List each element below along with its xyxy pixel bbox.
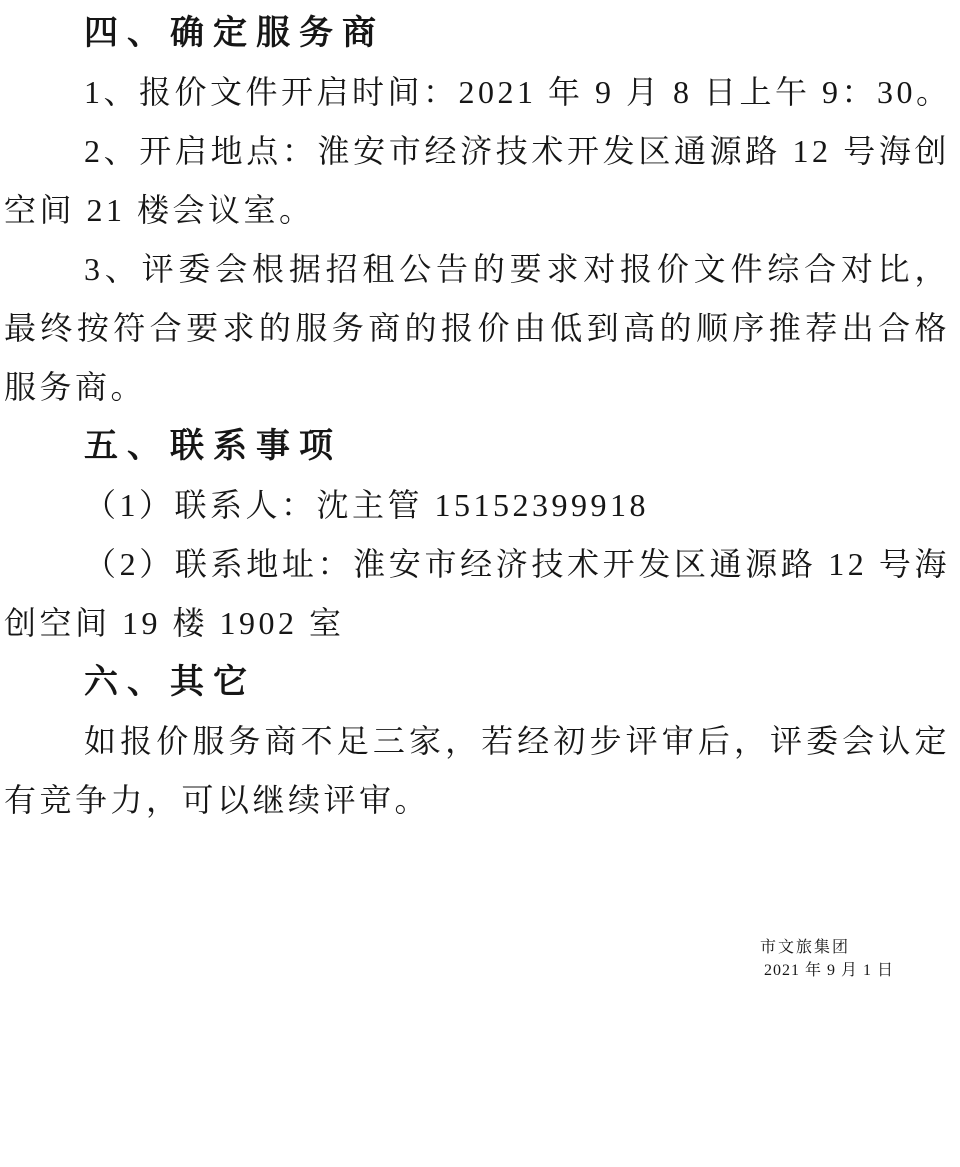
paragraph-contact-address: （2）联系地址：淮安市经济技术开发区通源路 12 号海创空间 19 楼 1902… [4,535,950,653]
section-heading-other: 六、其它 [4,653,950,712]
paragraph-contact-person: （1）联系人：沈主管 15152399918 [4,476,950,535]
section-heading-contact-matters: 五、联系事项 [4,417,950,476]
signature-organization: 市文旅集团 [4,934,950,957]
section-heading-determine-provider: 四、确定服务商 [4,4,950,63]
document-page: 四、确定服务商 1、报价文件开启时间：2021 年 9 月 8 日上午 9：30… [0,0,960,1167]
signature-date: 2021 年 9 月 1 日 [4,957,950,980]
paragraph-opening-time: 1、报价文件开启时间：2021 年 9 月 8 日上午 9：30。 [4,63,950,122]
paragraph-evaluation-rule: 3、评委会根据招租公告的要求对报价文件综合对比，最终按符合要求的服务商的报价由低… [4,240,950,417]
paragraph-opening-location: 2、开启地点：淮安市经济技术开发区通源路 12 号海创空间 21 楼会议室。 [4,122,950,240]
signature-block: 市文旅集团 2021 年 9 月 1 日 [4,934,950,980]
paragraph-other-provision: 如报价服务商不足三家，若经初步评审后，评委会认定有竞争力，可以继续评审。 [4,712,950,830]
